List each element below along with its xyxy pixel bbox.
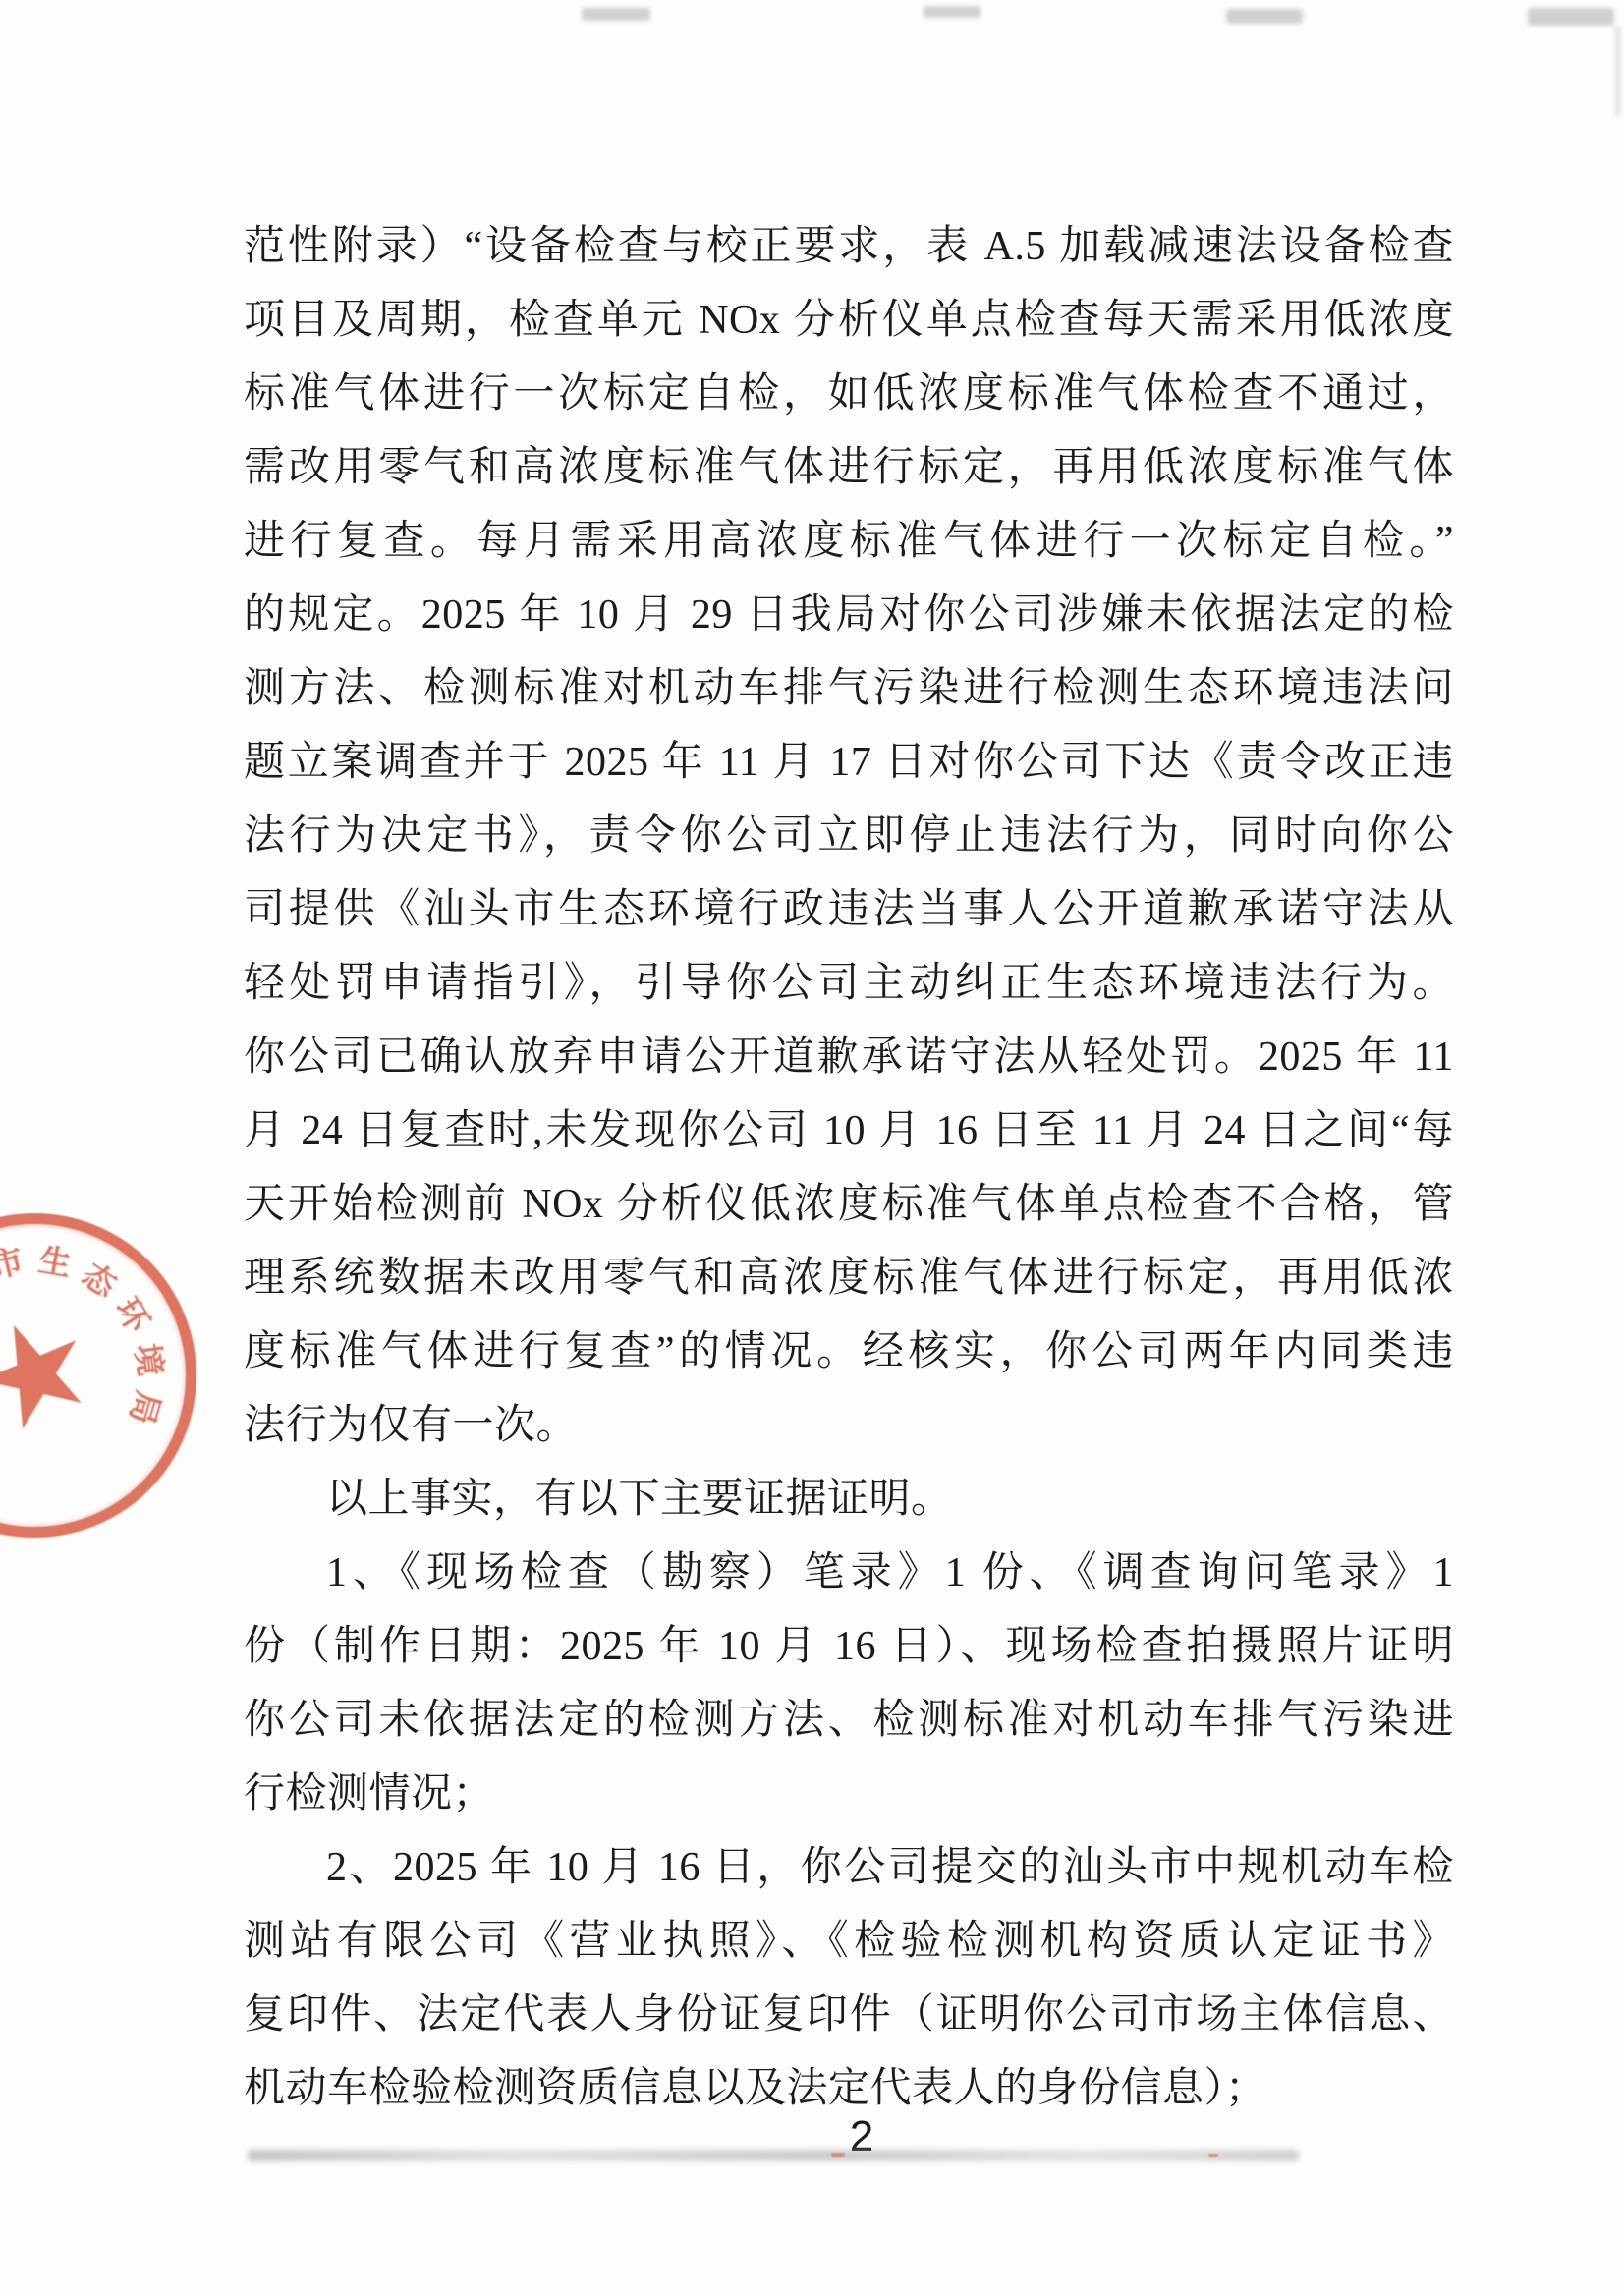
scan-smudge (582, 8, 650, 21)
text-line: 测站有限公司《营业执照》、《检验检测机构资质认定证书》 (244, 1905, 1454, 1979)
text-line: 需改用零气和高浓度标准气体进行标定，再用低浓度标准气体 (244, 431, 1454, 505)
text-line: 轻处罚申请指引》，引导你公司主动纠正生态环境违法行为。 (244, 947, 1454, 1021)
text-line: 你公司未依据法定的检测方法、检测标准对机动车排气污染进 (244, 1684, 1454, 1758)
text-line: 的规定。2025 年 10 月 29 日我局对你公司涉嫌未依据法定的检 (244, 579, 1454, 652)
scan-smudge (1615, 26, 1620, 116)
text-line: 天开始检测前 NOx 分析仪低浓度标准气体单点检查不合格，管 (244, 1168, 1454, 1242)
text-line: 项目及周期，检查单元 NOx 分析仪单点检查每天需采用低浓度 (244, 284, 1454, 358)
scan-speck (831, 2153, 845, 2157)
text-line: 范性附录）“设备检查与校正要求，表 A.5 加载减速法设备检查 (244, 210, 1454, 284)
text-line: 测方法、检测标准对机动车排气污染进行检测生态环境违法问 (244, 652, 1454, 726)
text-line: 标准气体进行一次标定自检，如低浓度标准气体检查不通过， (244, 358, 1454, 431)
scan-smudge (248, 2150, 1299, 2161)
scan-speck (1208, 2154, 1218, 2157)
text-line: 行检测情况； (244, 1758, 1454, 1831)
text-line: 你公司已确认放弃申请公开道歉承诺守法从轻处罚。2025 年 11 (244, 1021, 1454, 1094)
text-line: 题立案调查并于 2025 年 11 月 17 日对你公司下达《责令改正违 (244, 726, 1454, 800)
text-line: 复印件、法定代表人身份证复印件（证明你公司市场主体信息、 (244, 1979, 1454, 2052)
text-line: 理系统数据未改用零气和高浓度标准气体进行标定，再用低浓 (244, 1242, 1454, 1315)
text-line: 以上事实，有以下主要证据证明。 (244, 1463, 1454, 1537)
text-line: 司提供《汕头市生态环境行政违法当事人公开道歉承诺守法从 (244, 873, 1454, 947)
text-line: 2、2025 年 10 月 16 日，你公司提交的汕头市中规机动车检 (244, 1831, 1454, 1905)
text-line: 法行为决定书》，责令你公司立即停止违法行为，同时向你公 (244, 800, 1454, 873)
text-line: 法行为仅有一次。 (244, 1389, 1454, 1463)
text-line: 份（制作日期：2025 年 10 月 16 日）、现场检查拍摄照片证明 (244, 1610, 1454, 1684)
scan-smudge (924, 6, 980, 18)
text-line: 月 24 日复查时,未发现你公司 10 月 16 日至 11 月 24 日之间“… (244, 1094, 1454, 1168)
scan-smudge (1226, 9, 1303, 24)
text-line: 1、《现场检查（勘察）笔录》1 份、《调查询问笔录》1 (244, 1537, 1454, 1610)
seal-arc-char: 境 (130, 1342, 165, 1377)
document-body: 范性附录）“设备检查与校正要求，表 A.5 加载减速法设备检查 项目及周期，检查… (244, 210, 1454, 2126)
official-seal: 汕 头 市 生 态 环 境 局 (0, 1213, 196, 1538)
document-page: 汕 头 市 生 态 环 境 局 范性附录）“设备检查与校正要求，表 A.5 加载… (0, 0, 1624, 2295)
scan-smudge (1528, 8, 1614, 26)
text-line: 进行复查。每月需采用高浓度标准气体进行一次标定自检。” (244, 505, 1454, 579)
seal-arc-char: 生 (36, 1245, 73, 1281)
text-line: 度标准气体进行复查”的情况。经核实，你公司两年内同类违 (244, 1315, 1454, 1389)
